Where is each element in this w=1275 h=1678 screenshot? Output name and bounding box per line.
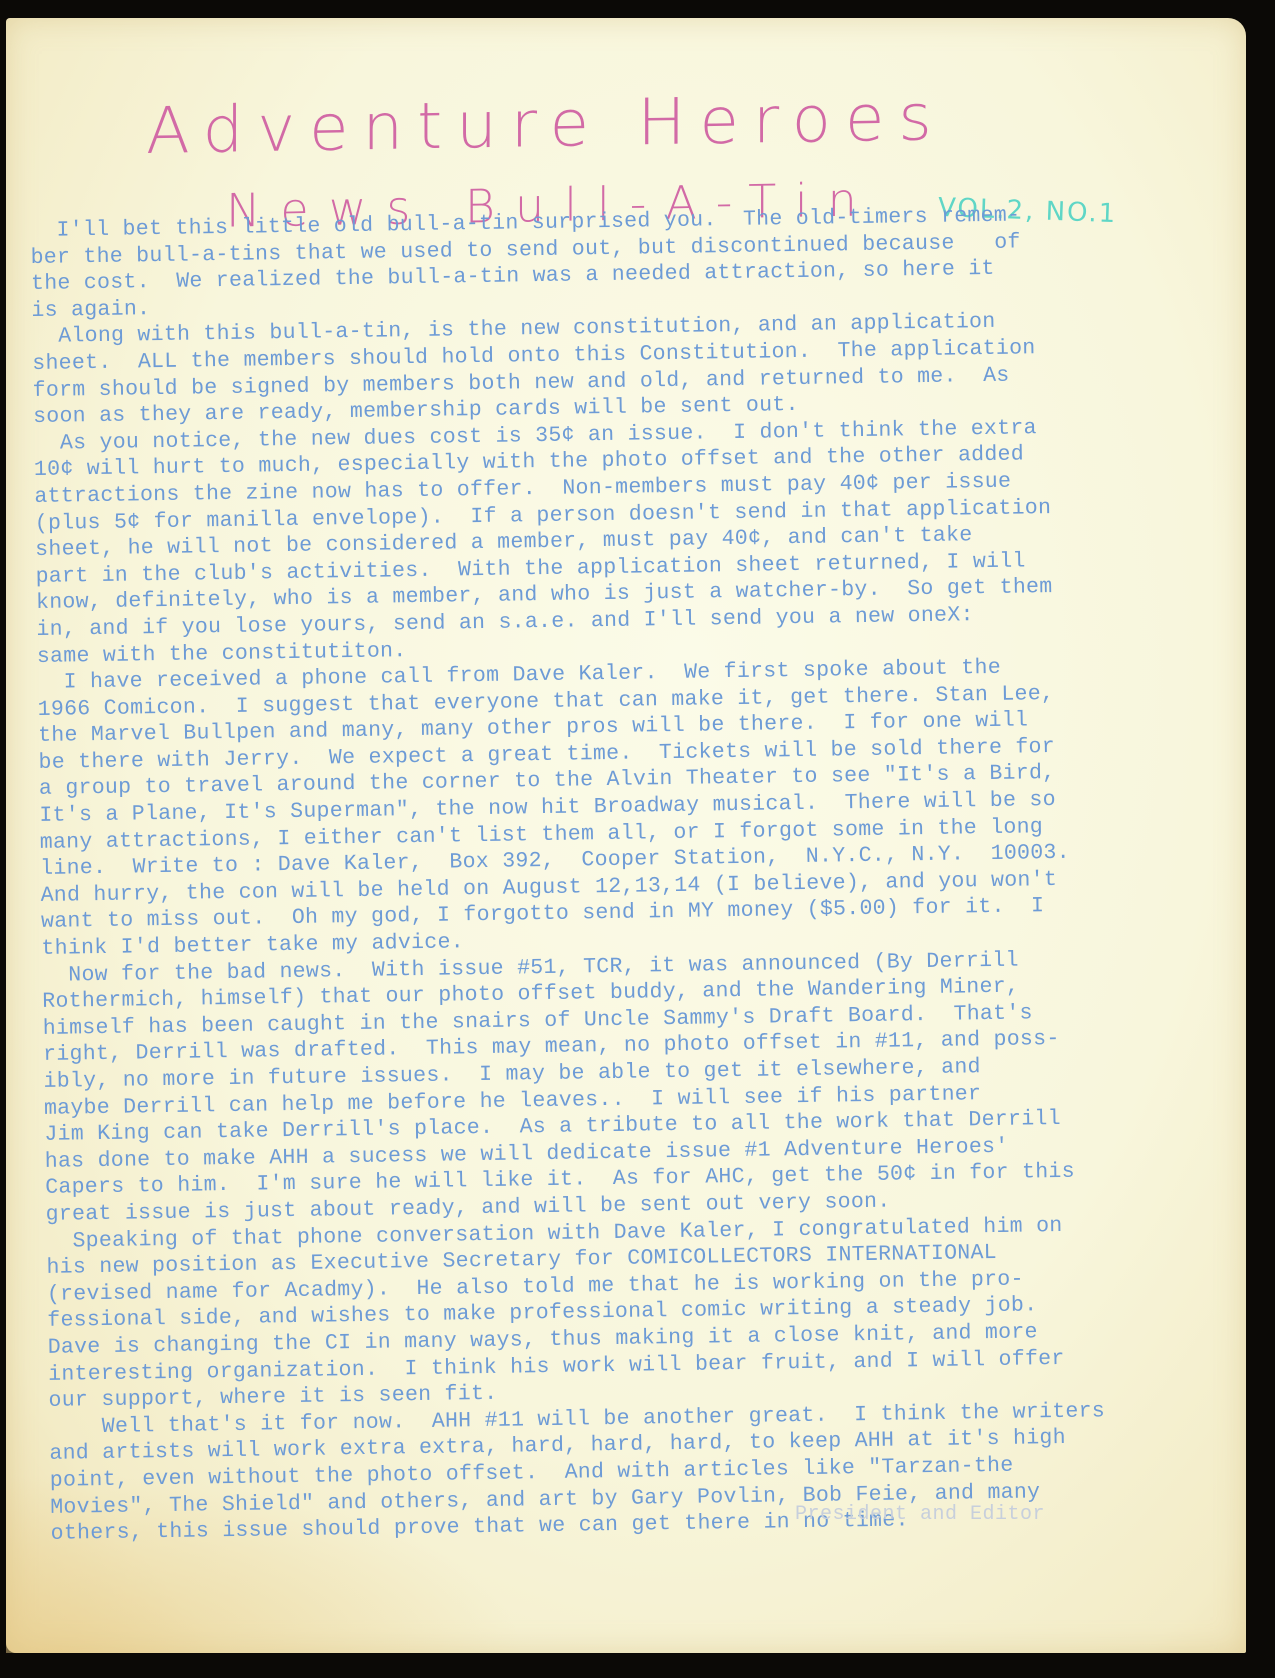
newsletter-title: Adventure Heroes: [146, 81, 946, 169]
newsletter-body: I'll bet this little old bull-a-tin surp…: [30, 199, 1231, 1547]
signature-title: President and Editor: [795, 1503, 1045, 1526]
